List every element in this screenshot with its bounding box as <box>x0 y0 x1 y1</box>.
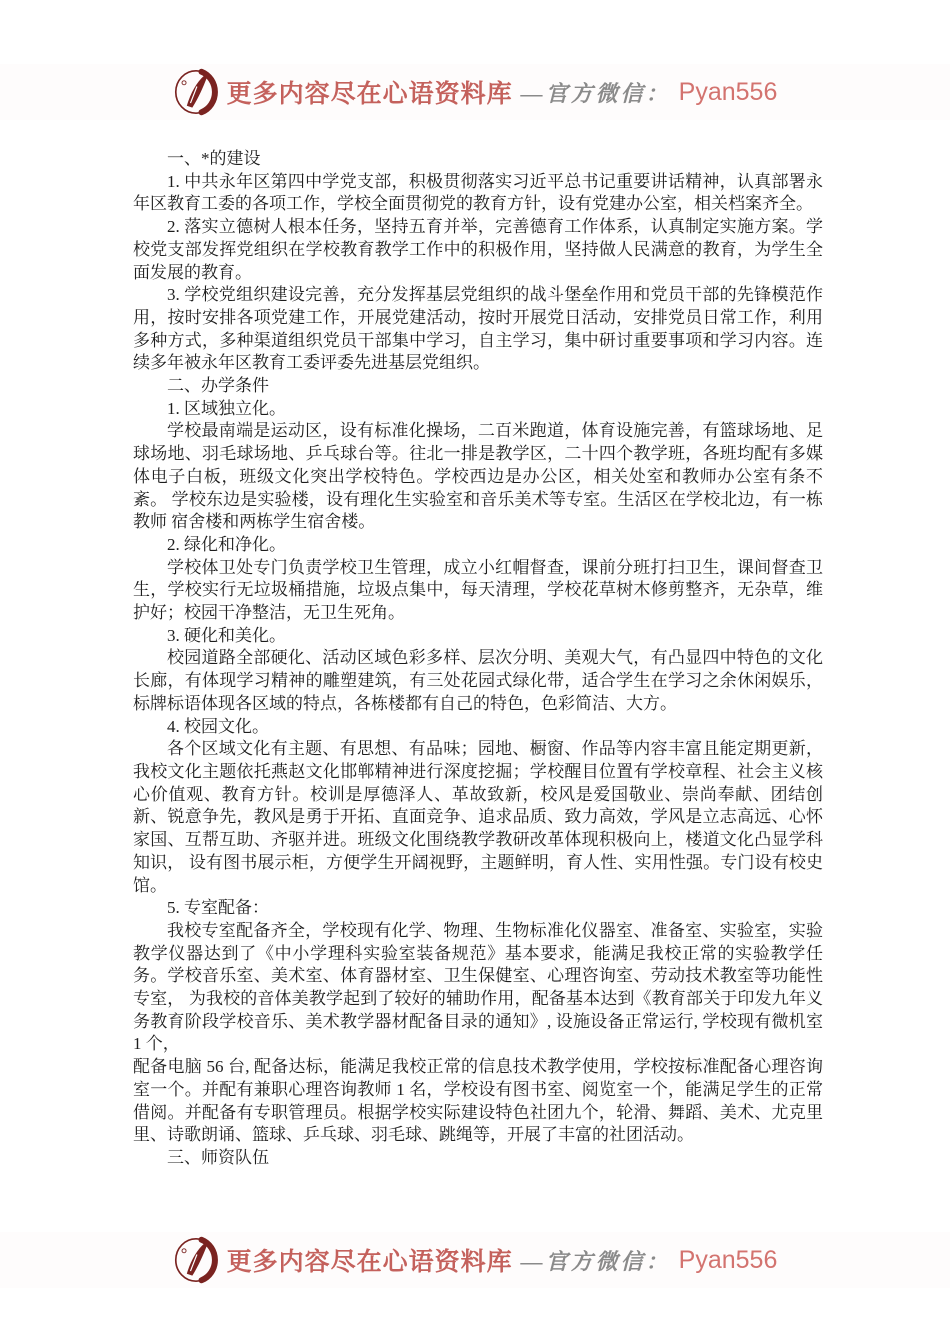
banner-wechat-id: Pyan556 <box>679 1246 778 1275</box>
paragraph: 3. 学校党组织建设完善，充分发挥基层党组织的战斗堡垒作用和党员干部的先锋模范作… <box>133 284 823 375</box>
sub-heading: 5. 专室配备： <box>133 897 823 920</box>
paragraph: 配备电脑 56 台, 配备达标，能满足我校正常的信息技术教学使用，学校按标准配备… <box>133 1056 823 1147</box>
document-body: 一、*的建设 1. 中共永年区第四中学党支部，积极贯彻落实习近平总书记重要讲话精… <box>133 148 823 1170</box>
section-heading: 三、师资队伍 <box>133 1147 823 1170</box>
sub-heading: 3. 硬化和美化。 <box>133 625 823 648</box>
paragraph: 校园道路全部硬化、活动区域色彩多样、层次分明、美观大气，有凸显四中特色的文化长廊… <box>133 647 823 715</box>
paragraph: 2. 落实立德树人根本任务，坚持五育并举，完善德育工作体系，认真制定实施方案。学… <box>133 216 823 284</box>
brand-pen-icon <box>173 67 219 117</box>
brand-pen-icon <box>173 1235 219 1285</box>
paragraph: 学校最南端是运动区，设有标准化操场，二百米跑道，体育设施完善，有篮球场地、足球场… <box>133 420 823 534</box>
paragraph: 学校体卫处专门负责学校卫生管理，成立小红帽督查，课前分班打扫卫生，课间督查卫生，… <box>133 557 823 625</box>
banner-slogan: 更多内容尽在心语资料库 <box>227 1242 513 1278</box>
sub-heading: 1. 区域独立化。 <box>133 398 823 421</box>
section-heading: 一、*的建设 <box>133 148 823 171</box>
banner-slogan: 更多内容尽在心语资料库 <box>227 74 513 110</box>
paragraph: 1. 中共永年区第四中学党支部，积极贯彻落实习近平总书记重要讲话精神，认真部署永… <box>133 171 823 216</box>
paragraph: 各个区域文化有主题、有思想、有品味；园地、橱窗、作品等内容丰富且能定期更新，我校… <box>133 738 823 897</box>
footer-banner: 更多内容尽在心语资料库 —官方微信： Pyan556 <box>0 1232 950 1288</box>
header-banner: 更多内容尽在心语资料库 —官方微信： Pyan556 <box>0 64 950 120</box>
banner-wechat-label: —官方微信： <box>521 1245 671 1276</box>
sub-heading: 4. 校园文化。 <box>133 716 823 739</box>
sub-heading: 2. 绿化和净化。 <box>133 534 823 557</box>
section-heading: 二、办学条件 <box>133 375 823 398</box>
paragraph: 我校专室配备齐全，学校现有化学、物理、生物标准化仪器室、准备室、实验室，实验教学… <box>133 920 823 1056</box>
banner-wechat-id: Pyan556 <box>679 78 778 107</box>
banner-wechat-label: —官方微信： <box>521 77 671 108</box>
